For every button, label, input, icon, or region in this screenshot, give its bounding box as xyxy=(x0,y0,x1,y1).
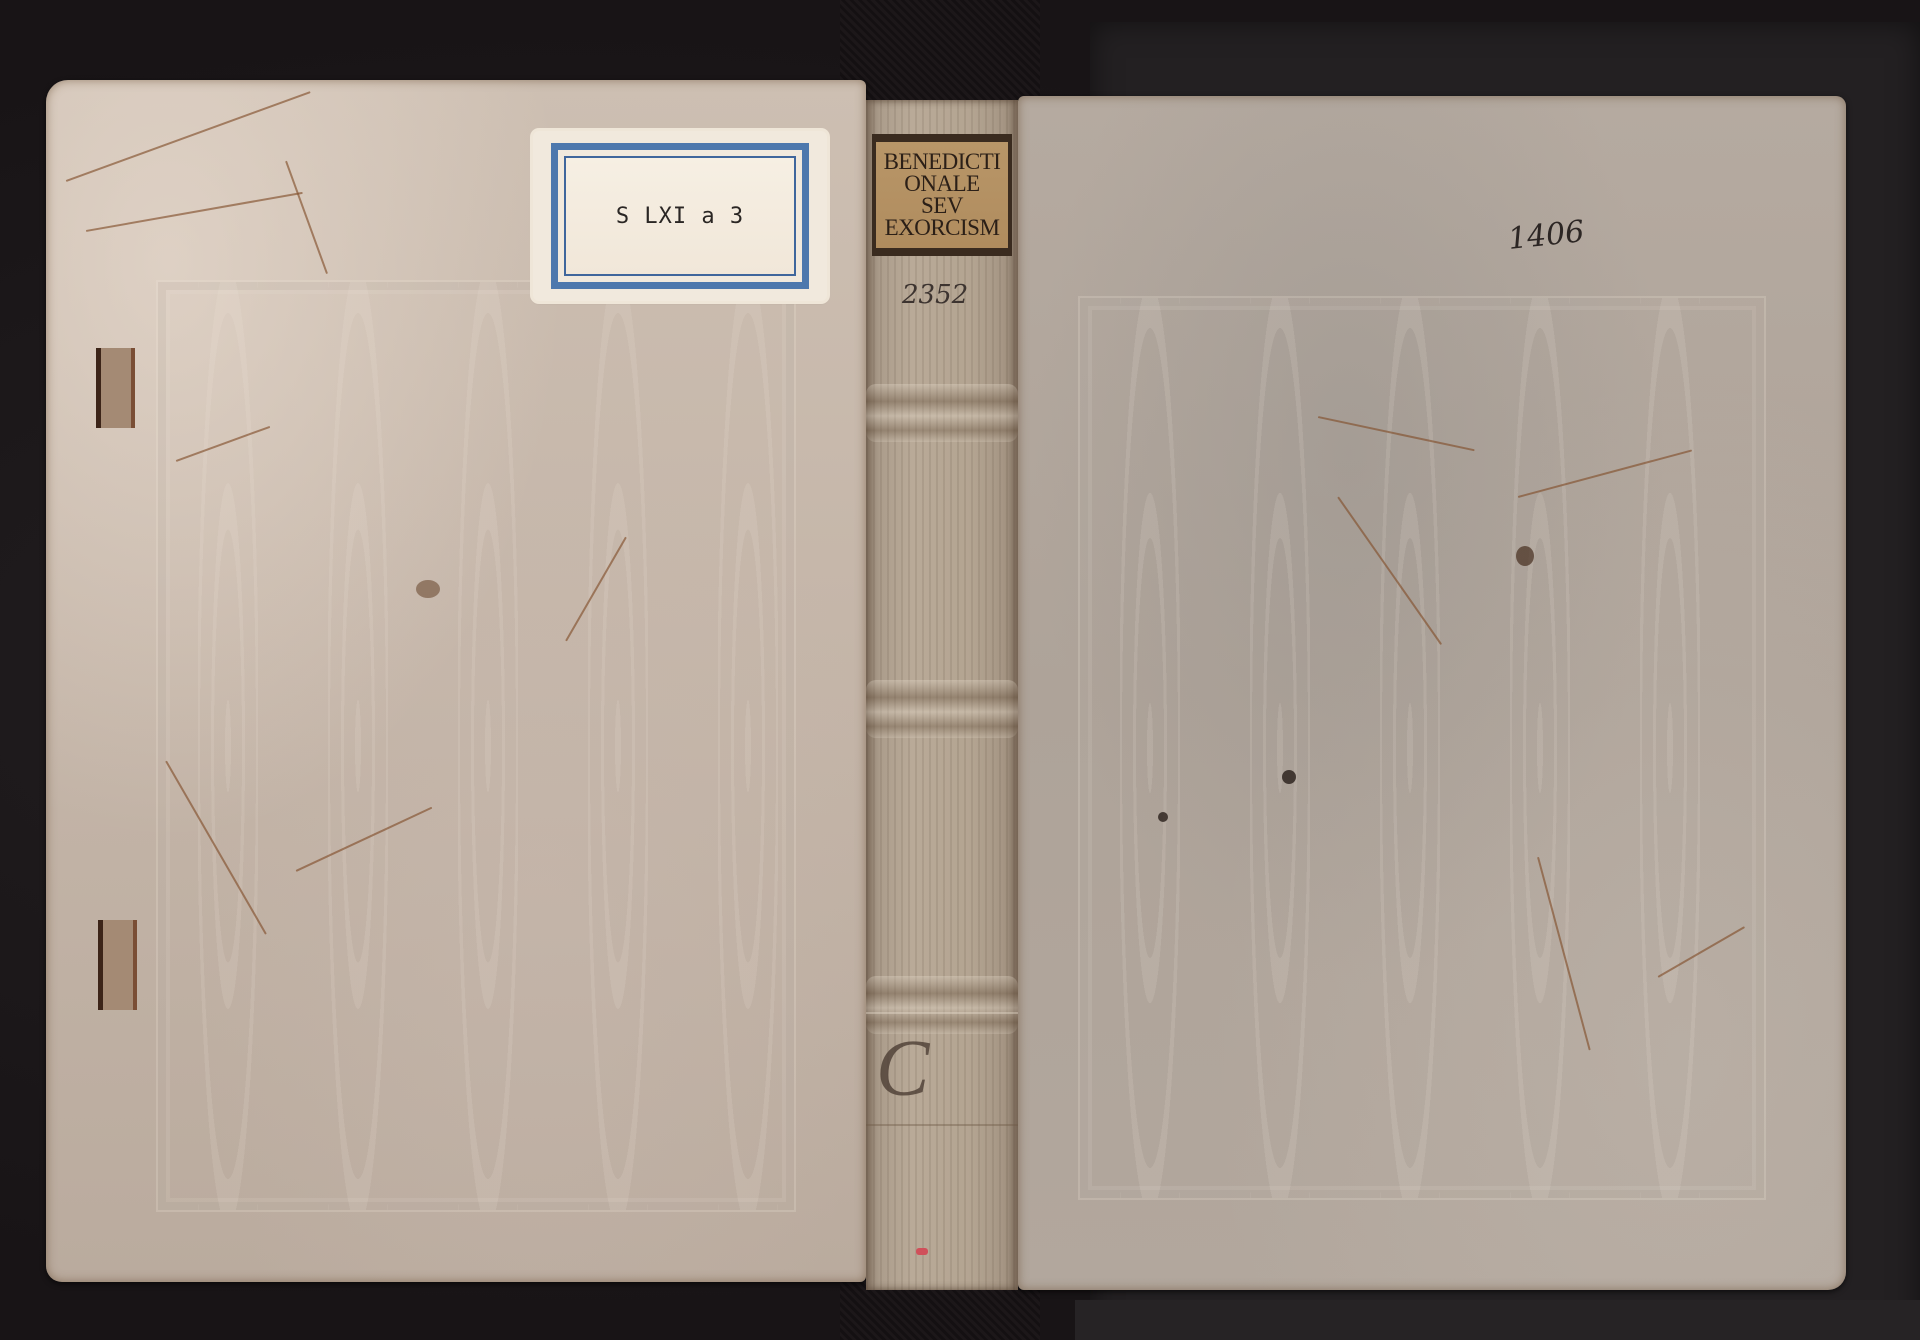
clasp-catch-top xyxy=(96,348,135,428)
spine-tooled-initial: C xyxy=(866,1012,1018,1126)
stain xyxy=(1516,546,1534,566)
book-spine: BENEDICTI ONALE SEV EXORCISM 2352 C xyxy=(866,100,1018,1290)
stain xyxy=(1158,812,1168,822)
spine-title-line-1: BENEDICTI xyxy=(884,151,1001,173)
ornament-roll xyxy=(1510,298,1570,1198)
red-ink-mark xyxy=(916,1248,928,1255)
ornament-roll xyxy=(328,282,388,1210)
spine-handwritten-number: 2352 xyxy=(902,280,968,310)
blind-tooled-frame xyxy=(156,280,796,1212)
ornament-roll xyxy=(588,282,648,1210)
ornament-roll xyxy=(718,282,778,1210)
blind-tooled-frame xyxy=(1078,296,1766,1200)
stain xyxy=(416,580,440,598)
label-inner-border: S LXI a 3 xyxy=(564,156,796,276)
raised-band xyxy=(866,384,1018,442)
back-cover-board xyxy=(1018,96,1846,1290)
ornament-roll xyxy=(1250,298,1310,1198)
spine-title-line-3: SEV xyxy=(921,195,963,217)
raised-band xyxy=(866,680,1018,738)
scratch xyxy=(66,91,311,182)
scratch xyxy=(285,161,328,274)
spine-title-line-2: ONALE xyxy=(904,173,979,195)
ornament-roll xyxy=(1640,298,1700,1198)
shelf-mark-label: S LXI a 3 xyxy=(533,131,827,301)
stain xyxy=(1282,770,1296,784)
label-outer-border: S LXI a 3 xyxy=(551,143,809,289)
ornament-roll xyxy=(198,282,258,1210)
spine-title-line-4: EXORCISM xyxy=(885,217,1000,239)
scratch xyxy=(86,192,303,232)
ornament-roll xyxy=(1120,298,1180,1198)
shelf-mark-text: S LXI a 3 xyxy=(616,204,744,229)
spine-title-label: BENEDICTI ONALE SEV EXORCISM xyxy=(872,134,1012,256)
ornament-roll xyxy=(458,282,518,1210)
clasp-catch-bottom xyxy=(98,920,137,1010)
mount-board-edge xyxy=(1075,1300,1920,1340)
